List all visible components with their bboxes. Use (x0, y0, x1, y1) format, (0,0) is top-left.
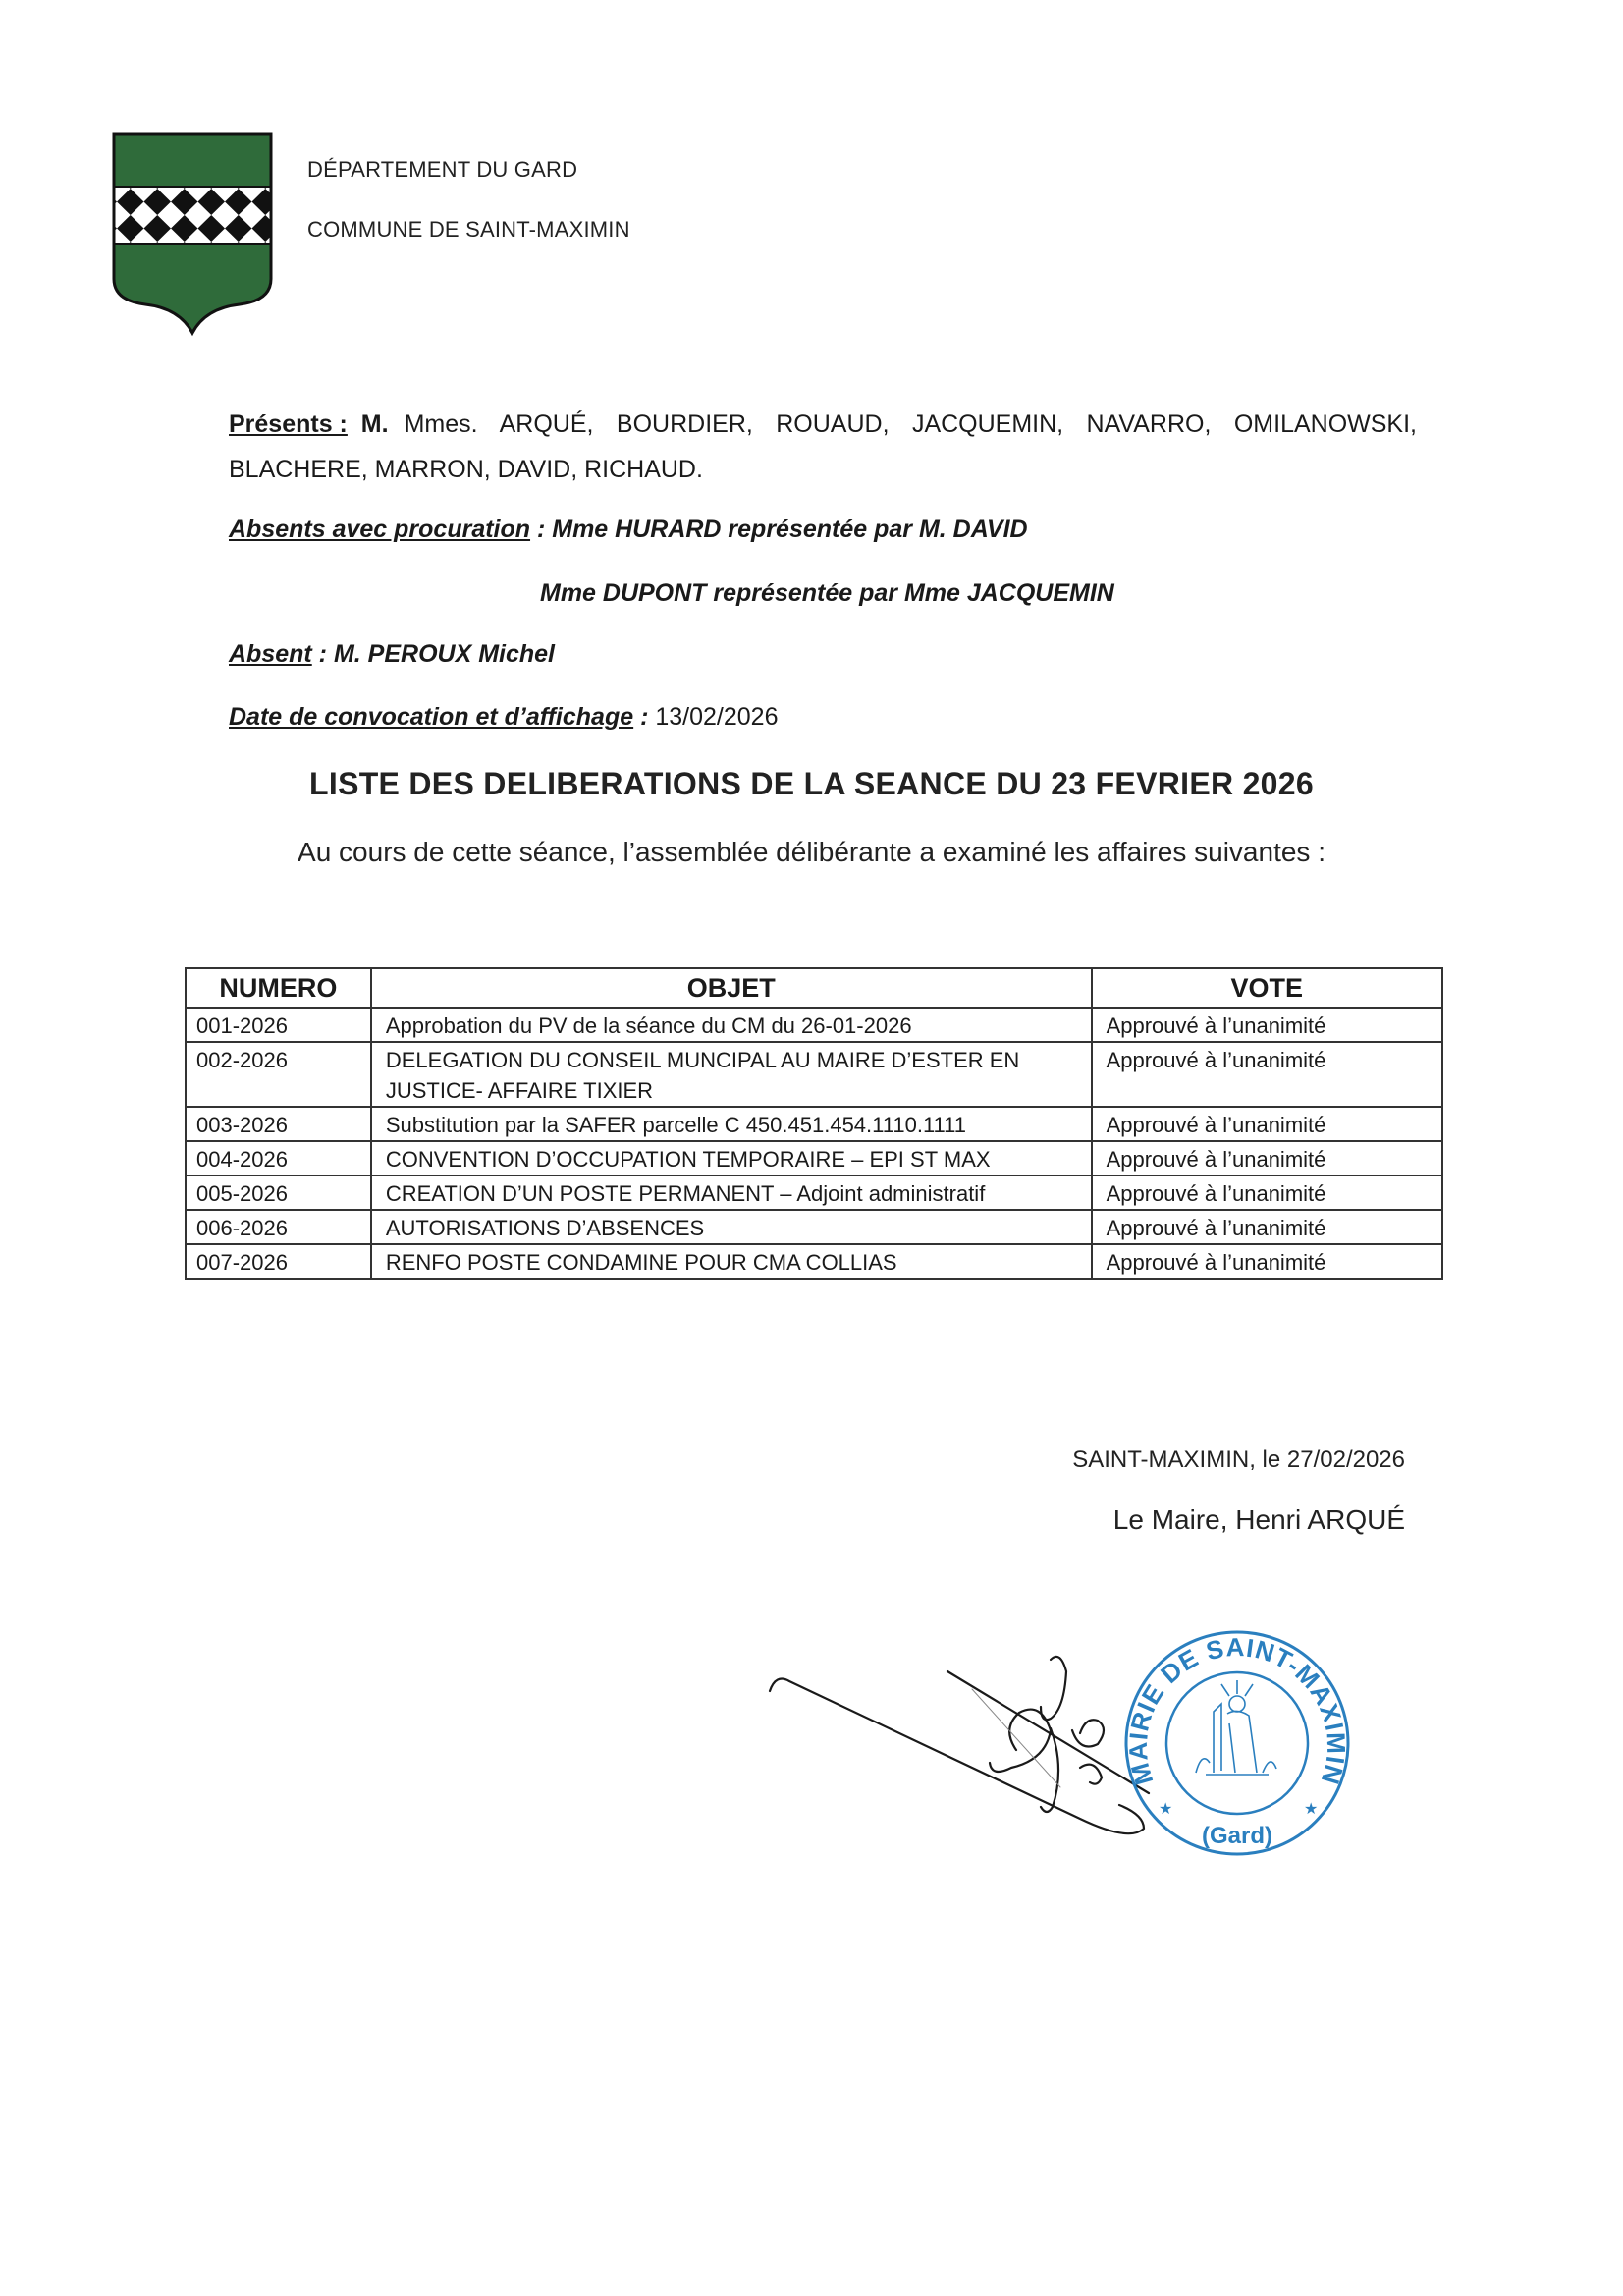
presents-names-2: BLACHERE, MARRON, DAVID, RICHAUD. (229, 456, 703, 484)
cell-objet: AUTORISATIONS D’ABSENCES (371, 1210, 1092, 1244)
presents-label: Présents : (229, 410, 348, 438)
cell-objet: CONVENTION D’OCCUPATION TEMPORAIRE – EPI… (371, 1141, 1092, 1175)
stamp-top-text: MAIRIE DE SAINT-MAXIMIN (1123, 1632, 1352, 1788)
page-title: LISTE DES DELIBERATIONS DE LA SEANCE DU … (0, 766, 1623, 802)
absents-procuration-1: : Mme HURARD représentée par M. DAVID (530, 516, 1028, 543)
cell-numero: 003-2026 (186, 1107, 371, 1141)
cell-objet: DELEGATION DU CONSEIL MUNCIPAL AU MAIRE … (371, 1042, 1092, 1107)
commune-label: COMMUNE DE SAINT-MAXIMIN (307, 217, 630, 243)
cell-vote: Approuvé à l’unanimité (1092, 1107, 1442, 1141)
table-row: 004-2026 CONVENTION D’OCCUPATION TEMPORA… (186, 1141, 1442, 1175)
cell-numero: 006-2026 (186, 1210, 371, 1244)
cell-vote: Approuvé à l’unanimité (1092, 1210, 1442, 1244)
presents-names-1: Mmes. ARQUÉ, BOURDIER, ROUAUD, JACQUEMIN… (405, 410, 1417, 439)
convocation-date: 13/02/2026 (655, 703, 778, 731)
mairie-stamp-icon: MAIRIE DE SAINT-MAXIMIN (Gard) ★ ★ (1119, 1625, 1355, 1861)
table-row: 006-2026 AUTORISATIONS D’ABSENCES Approu… (186, 1210, 1442, 1244)
presents-line-1: Présents : M. Mmes. ARQUÉ, BOURDIER, ROU… (229, 410, 1417, 439)
departement-label: DÉPARTEMENT DU GARD (307, 157, 577, 183)
coat-of-arms-icon (112, 132, 273, 338)
svg-text:★: ★ (1304, 1801, 1318, 1818)
absents-procuration-line: Absents avec procuration : Mme HURARD re… (229, 516, 1028, 544)
column-header-vote: VOTE (1092, 968, 1442, 1008)
column-header-numero: NUMERO (186, 968, 371, 1008)
absent-line: Absent : M. PEROUX Michel (229, 640, 555, 669)
convocation-line: Date de convocation et d’affichage : 13/… (229, 703, 778, 732)
cell-numero: 001-2026 (186, 1008, 371, 1042)
table-row: 002-2026 DELEGATION DU CONSEIL MUNCIPAL … (186, 1042, 1442, 1107)
cell-numero: 005-2026 (186, 1175, 371, 1210)
cell-vote: Approuvé à l’unanimité (1092, 1244, 1442, 1279)
table-row: 003-2026 Substitution par la SAFER parce… (186, 1107, 1442, 1141)
cell-vote: Approuvé à l’unanimité (1092, 1141, 1442, 1175)
cell-vote: Approuvé à l’unanimité (1092, 1008, 1442, 1042)
convocation-label: Date de convocation et d’affichage (229, 703, 633, 731)
cell-numero: 004-2026 (186, 1141, 371, 1175)
table-row: 001-2026 Approbation du PV de la séance … (186, 1008, 1442, 1042)
stamp-bottom-text: (Gard) (1202, 1823, 1272, 1849)
absent-label: Absent (229, 640, 312, 668)
cell-objet: Substitution par la SAFER parcelle C 450… (371, 1107, 1092, 1141)
table-row: 007-2026 RENFO POSTE CONDAMINE POUR CMA … (186, 1244, 1442, 1279)
cell-objet: CREATION D’UN POSTE PERMANENT – Adjoint … (371, 1175, 1092, 1210)
absents-procuration-label: Absents avec procuration (229, 516, 530, 543)
signature-place-date: SAINT-MAXIMIN, le 27/02/2026 (1072, 1447, 1405, 1474)
cell-numero: 002-2026 (186, 1042, 371, 1107)
absents-procuration-2: Mme DUPONT représentée par Mme JACQUEMIN (540, 579, 1114, 608)
presents-prefix: M. (361, 410, 389, 438)
cell-vote: Approuvé à l’unanimité (1092, 1175, 1442, 1210)
svg-text:★: ★ (1159, 1801, 1172, 1818)
cell-objet: RENFO POSTE CONDAMINE POUR CMA COLLIAS (371, 1244, 1092, 1279)
svg-text:MAIRIE DE SAINT-MAXIMIN: MAIRIE DE SAINT-MAXIMIN (1123, 1632, 1352, 1788)
deliberations-table: NUMERO OBJET VOTE 001-2026 Approbation d… (185, 967, 1443, 1280)
absent-value: : M. PEROUX Michel (312, 640, 555, 668)
table-row: 005-2026 CREATION D’UN POSTE PERMANENT –… (186, 1175, 1442, 1210)
table-header-row: NUMERO OBJET VOTE (186, 968, 1442, 1008)
column-header-objet: OBJET (371, 968, 1092, 1008)
signature-maire: Le Maire, Henri ARQUÉ (1113, 1504, 1405, 1536)
cell-numero: 007-2026 (186, 1244, 371, 1279)
cell-vote: Approuvé à l’unanimité (1092, 1042, 1442, 1107)
page-subtitle: Au cours de cette séance, l’assemblée dé… (0, 837, 1623, 868)
cell-objet: Approbation du PV de la séance du CM du … (371, 1008, 1092, 1042)
